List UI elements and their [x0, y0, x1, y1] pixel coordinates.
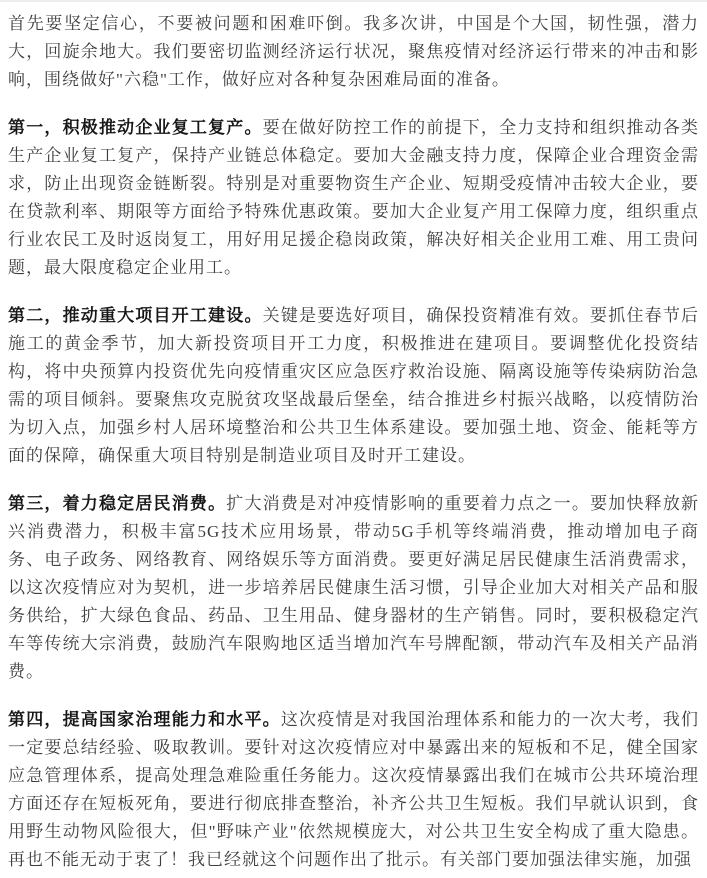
- paragraph-body: 这次疫情是对我国治理体系和能力的一次大考，我们一定要总结经验、吸取教训。要针对这…: [8, 710, 699, 869]
- paragraph-body: 首先要坚定信心，不要被问题和困难吓倒。我多次讲，中国是个大国，韧性强，潜力大，回…: [8, 14, 699, 89]
- paragraph-body: 要在做好防控工作的前提下，全力支持和组织推动各类生产企业复工复产，保持产业链总体…: [8, 118, 699, 277]
- paragraph-body: 扩大消费是对冲疫情影响的重要着力点之一。要加快释放新兴消费潜力，积极丰富5G技术…: [8, 494, 699, 681]
- paragraph: 首先要坚定信心，不要被问题和困难吓倒。我多次讲，中国是个大国，韧性强，潜力大，回…: [8, 10, 699, 94]
- paragraph: 第二，推动重大项目开工建设。关键是要选好项目，确保投资精准有效。要抓住春节后施工…: [8, 302, 699, 470]
- paragraph: 第三，着力稳定居民消费。扩大消费是对冲疫情影响的重要着力点之一。要加快释放新兴消…: [8, 490, 699, 686]
- top-border: [0, 0, 707, 2]
- paragraph: 第一，积极推动企业复工复产。要在做好防控工作的前提下，全力支持和组织推动各类生产…: [8, 114, 699, 282]
- paragraph-lead: 第二，推动重大项目开工建设。: [8, 306, 263, 325]
- paragraph: 第四，提高国家治理能力和水平。这次疫情是对我国治理体系和能力的一次大考，我们一定…: [8, 706, 699, 874]
- paragraph-lead: 第四，提高国家治理能力和水平。: [8, 710, 281, 729]
- paragraph-lead: 第三，着力稳定居民消费。: [8, 494, 226, 513]
- document-page: 首先要坚定信心，不要被问题和困难吓倒。我多次讲，中国是个大国，韧性强，潜力大，回…: [0, 0, 707, 878]
- paragraph-body: 关键是要选好项目，确保投资精准有效。要抓住春节后施工的黄金季节，加大新投资项目开…: [8, 306, 699, 465]
- paragraph-lead: 第一，积极推动企业复工复产。: [8, 118, 263, 137]
